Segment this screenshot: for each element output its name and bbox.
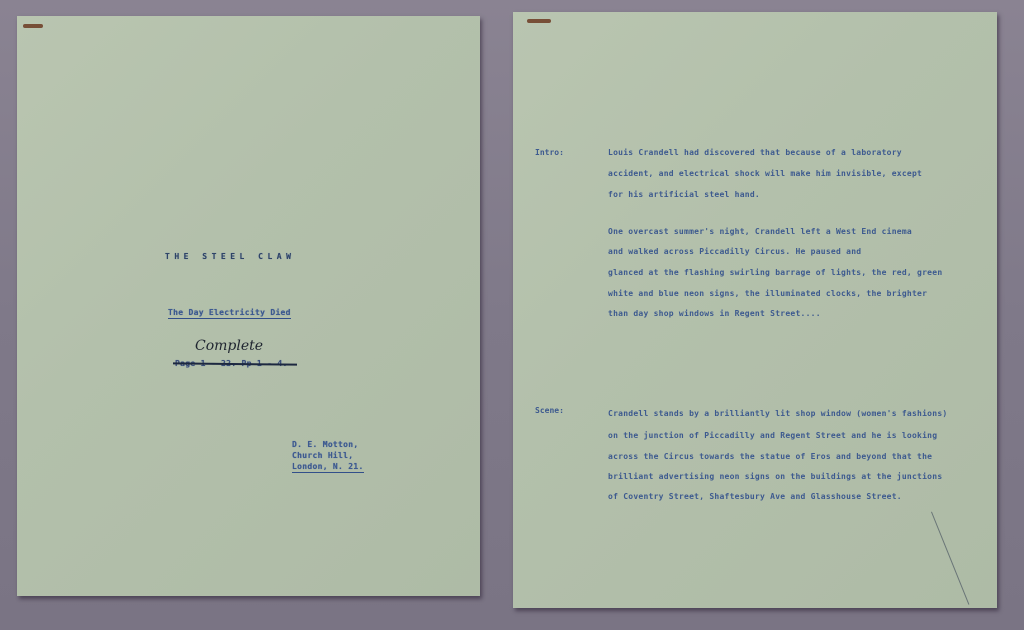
rust-staple-mark <box>527 19 551 23</box>
rust-staple-mark <box>23 24 43 28</box>
scene-label: Scene: <box>535 406 564 415</box>
intro-line: accident, and electrical shock will make… <box>608 169 922 178</box>
address-line-2: Church Hill, <box>292 451 353 460</box>
handwritten-complete-note: Complete <box>195 338 263 354</box>
intro-line: than day shop windows in Regent Street..… <box>608 309 821 318</box>
intro-line: for his artificial steel hand. <box>608 190 760 199</box>
scene-line: across the Circus towards the statue of … <box>608 452 932 461</box>
scene-line: of Coventry Street, Shaftesbury Ave and … <box>608 492 902 501</box>
pencil-mark <box>931 512 969 605</box>
intro-line: white and blue neon signs, the illuminat… <box>608 289 927 298</box>
intro-label: Intro: <box>535 148 564 157</box>
address-line-3: London, N. 21. <box>292 462 364 473</box>
scene-line: Crandell stands by a brilliantly lit sho… <box>608 409 947 418</box>
script-title: THE STEEL CLAW <box>165 252 295 261</box>
intro-line: and walked across Piccadilly Circus. He … <box>608 247 861 256</box>
intro-line: glanced at the flashing swirling barrage… <box>608 268 942 277</box>
scene-line: brilliant advertising neon signs on the … <box>608 472 942 481</box>
address-line-1: D. E. Motton, <box>292 440 359 449</box>
title-page: THE STEEL CLAW The Day Electricity Died … <box>17 16 480 596</box>
episode-title: The Day Electricity Died <box>168 308 291 319</box>
intro-line: Louis Crandell had discovered that becau… <box>608 148 902 157</box>
intro-line: One overcast summer's night, Crandell le… <box>608 227 912 236</box>
scene-line: on the junction of Piccadilly and Regent… <box>608 431 937 440</box>
script-page: Intro: Louis Crandell had discovered tha… <box>513 12 997 608</box>
